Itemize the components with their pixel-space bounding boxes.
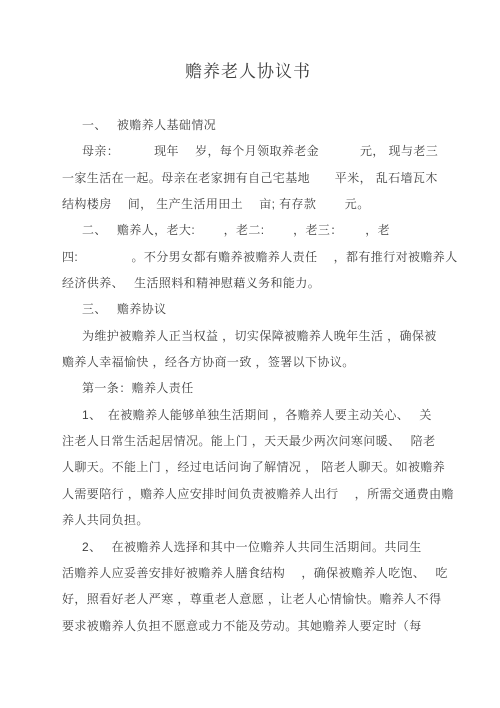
text-line-17: 2、 在被赡养人选择和其中一位赡养人共同生活期间。共同生 <box>62 534 438 560</box>
text-line-1: 一、 被赡养人基础情况 <box>62 112 438 138</box>
text-line-14: 人聊天。不能上门 ，经过电话问询了解情况 ， 陪老人聊天。如被赡养 <box>62 454 438 480</box>
text-line-16: 养人共同负担。 <box>62 507 438 533</box>
text-line-4: 结构楼房 间， 生产生活用田土 亩; 有存款 元。 <box>62 191 438 217</box>
text-line-13: 注老人日常生活起居情况。能上门 ，天天最少两次问寒问暖、 陪老 <box>62 428 438 454</box>
text-line-12: 1、 在被赡养人能够单独生活期间 ，各赡养人要主动关心、 关 <box>62 402 438 428</box>
text-line-18: 活赡养人应妥善安排好被赡养人膳食结构 ，确保被赡养人吃饱、 吃 <box>62 560 438 586</box>
text-line-19: 好，照看好老人严寒 ，尊重老人意愿 ，让老人心情愉快。赡养人不得 <box>62 586 438 612</box>
text-line-20: 要求被赡养人负担不愿意或力不能及劳动。其她赡养人要定时（每 <box>62 613 438 639</box>
document-page: 赡养老人协议书 一、 被赡养人基础情况母亲： 现年 岁，每个月领取养老金 元， … <box>0 0 500 708</box>
text-line-6: 四: 。不分男女都有赡养被赡养人责任 ，都有推行对被赡养人 <box>62 244 438 270</box>
text-line-5: 二、 赡养人，老大: ，老二: ，老三： ，老 <box>62 217 438 243</box>
text-line-10: 赡养人幸福愉快 ，经各方协商一致 ，签署以下协议。 <box>62 349 438 375</box>
document-body: 一、 被赡养人基础情况母亲： 现年 岁，每个月领取养老金 元， 现与老三一家生活… <box>62 112 438 639</box>
text-line-2: 母亲： 现年 岁，每个月领取养老金 元， 现与老三 <box>62 138 438 164</box>
text-line-3: 一家生活在一起。母亲在老家拥有自己宅基地 平米， 乱石墙瓦木 <box>62 165 438 191</box>
text-line-7: 经济供养、 生活照料和精神慰藉义务和能力。 <box>62 270 438 296</box>
document-title: 赡养老人协议书 <box>62 60 434 84</box>
text-line-15: 人需要陪行 ，赡养人应安排时间负责被赡养人出行 ，所需交通费由赡 <box>62 481 438 507</box>
text-line-8: 三、 赡养协议 <box>62 296 438 322</box>
text-line-9: 为维护被赡养人正当权益 ，切实保障被赡养人晚年生活 ，确保被 <box>62 323 438 349</box>
text-line-11: 第一条：赡养人责任 <box>62 375 438 401</box>
